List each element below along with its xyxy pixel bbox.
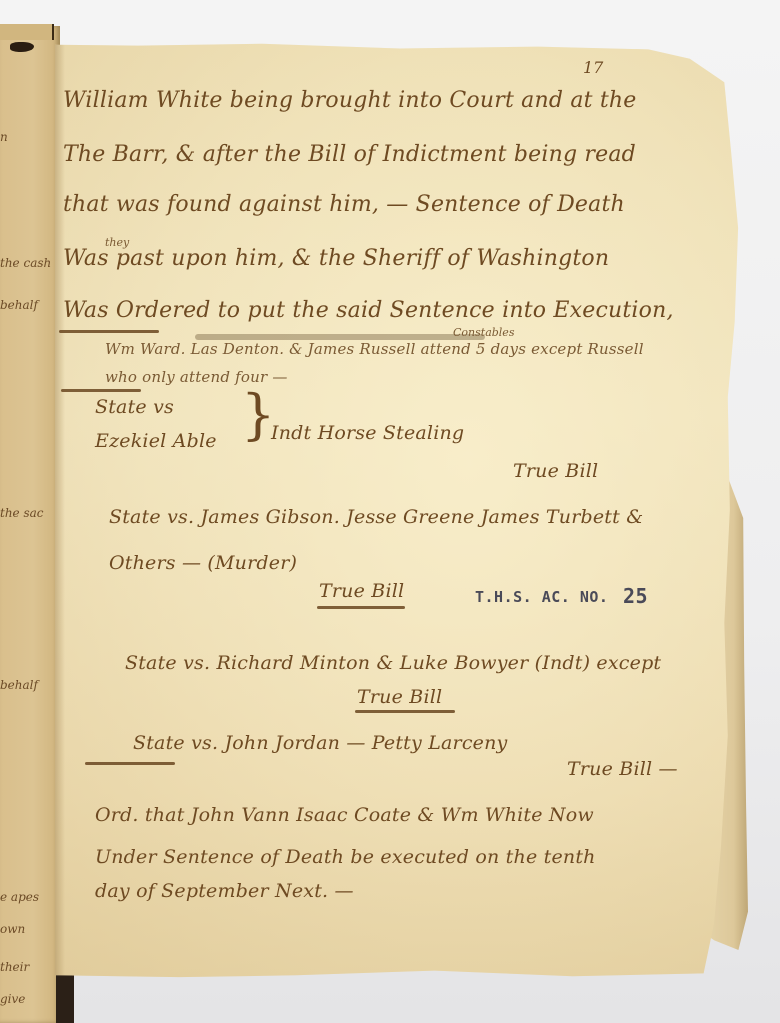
left-page-fragment: behalf bbox=[0, 298, 38, 312]
manuscript-line: that was found against him, — Sentence o… bbox=[63, 192, 625, 217]
manuscript-line: William White being brought into Court a… bbox=[63, 88, 637, 113]
interlinear-insertion: Constables bbox=[453, 326, 514, 339]
archive-stamp-label: T.H.S. AC. NO. bbox=[475, 588, 608, 606]
verdict: True Bill bbox=[513, 460, 598, 482]
underline-rule bbox=[85, 762, 175, 765]
manuscript-line: Was Ordered to put the said Sentence int… bbox=[63, 298, 674, 323]
manuscript-line: Was past upon him, & the Sheriff of Wash… bbox=[63, 246, 609, 271]
underline-rule bbox=[317, 606, 405, 609]
left-page-fragment: own bbox=[0, 922, 25, 936]
left-page-top-edge bbox=[0, 24, 54, 40]
charge: Indt Horse Stealing bbox=[271, 422, 464, 444]
verdict: True Bill bbox=[357, 686, 442, 708]
defendant-name: Ezekiel Able bbox=[95, 430, 217, 452]
left-page-fragment: behalf bbox=[0, 678, 38, 692]
left-page-fragment: the sac bbox=[0, 506, 44, 520]
underline-rule bbox=[59, 330, 159, 333]
manuscript-line: day of September Next. — bbox=[95, 880, 354, 902]
archive-stamp-number: 25 bbox=[623, 584, 648, 608]
left-page-fragment: their bbox=[0, 960, 29, 974]
left-page-fragment: give bbox=[0, 992, 25, 1006]
manuscript-line: Wm Ward. Las Denton. & James Russell att… bbox=[105, 340, 644, 358]
manuscript-line: Under Sentence of Death be executed on t… bbox=[95, 846, 596, 868]
case-title: State vs. John Jordan — Petty Larceny bbox=[133, 732, 507, 754]
verdict: True Bill — bbox=[567, 758, 678, 780]
manuscript-line: The Barr, & after the Bill of Indictment… bbox=[63, 142, 636, 167]
left-facing-page: n the cash behalf the sac behalf e apes … bbox=[0, 26, 60, 1023]
manuscript-page: 17 William White being brought into Cour… bbox=[55, 40, 745, 980]
page-number: 17 bbox=[583, 58, 603, 77]
page-gutter-shadow bbox=[55, 40, 65, 980]
case-title: State vs bbox=[95, 396, 174, 418]
underline-rule bbox=[355, 710, 455, 713]
left-page-fragment: n bbox=[0, 130, 8, 144]
left-page-fragment: e apes bbox=[0, 890, 39, 904]
underline-rule bbox=[61, 389, 141, 392]
manuscript-line: Ord. that John Vann Isaac Coate & Wm Whi… bbox=[95, 804, 594, 826]
ink-blot bbox=[10, 42, 34, 52]
manuscript-line: Others — (Murder) bbox=[109, 552, 297, 574]
left-page-fragment: the cash bbox=[0, 256, 51, 270]
case-title: State vs. James Gibson. Jesse Greene Jam… bbox=[109, 506, 643, 528]
scanned-manuscript-scene: n the cash behalf the sac behalf e apes … bbox=[0, 0, 780, 1023]
verdict: True Bill bbox=[319, 580, 404, 602]
case-title: State vs. Richard Minton & Luke Bowyer (… bbox=[125, 652, 661, 674]
